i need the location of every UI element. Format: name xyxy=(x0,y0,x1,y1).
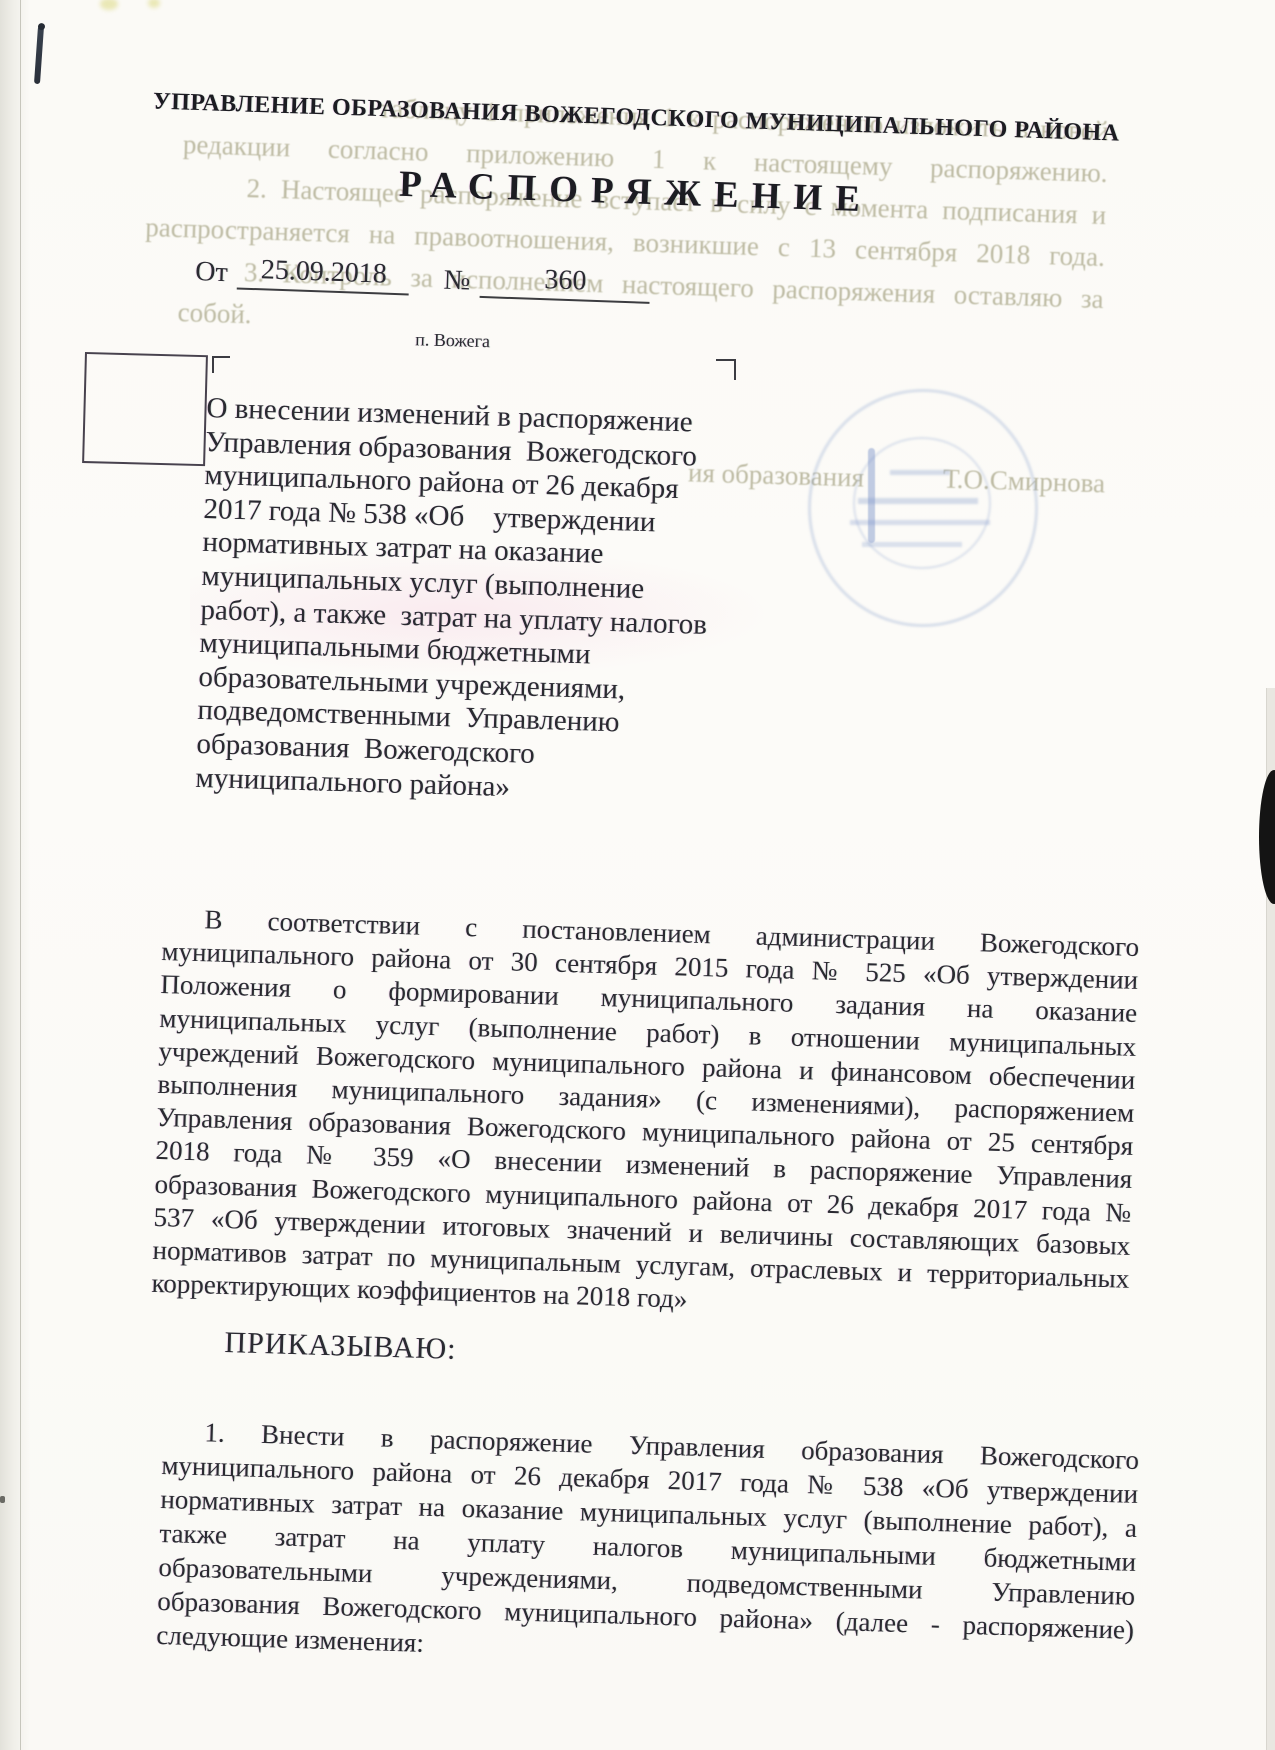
stamp-text-line xyxy=(850,520,990,525)
edge-speck xyxy=(0,1496,5,1503)
number-label: № xyxy=(443,265,471,298)
number-value: 360 xyxy=(480,262,651,304)
place-name: п. Вожега xyxy=(367,328,537,353)
date-label: От xyxy=(195,256,229,289)
top-smudge-mark xyxy=(100,0,118,10)
page-left-edge-shadow xyxy=(0,0,30,1750)
page-left-edge-line xyxy=(20,0,21,1750)
round-stamp-bleedthrough xyxy=(808,389,1032,621)
order-keyword: ПРИКАЗЫВАЮ: xyxy=(224,1326,457,1367)
corner-bracket-left xyxy=(212,356,230,373)
order-item-1-paragraph: 1. Внести в распоряжение Управления обра… xyxy=(156,1414,1140,1681)
date-value: 25.09.2018 xyxy=(237,253,410,295)
stamp-text-line xyxy=(890,470,950,475)
stamp-emblem xyxy=(868,448,875,543)
top-smudge-mark xyxy=(148,0,160,8)
pen-stroke-mark xyxy=(34,26,44,84)
stamp-text-line xyxy=(858,498,978,504)
scanned-document-page: таблицу 1 приложения 1 к распоряжению из… xyxy=(0,0,1275,1750)
document-subject: О внесении изменений в распоряжениеУправ… xyxy=(195,392,767,812)
stamp-text-line xyxy=(862,542,962,547)
registration-stamp-box xyxy=(82,352,208,466)
scan-binder-blob xyxy=(1259,770,1275,904)
corner-bracket-right xyxy=(716,359,736,380)
preamble-paragraph: В соответствии с постановлением админист… xyxy=(151,902,1139,1329)
